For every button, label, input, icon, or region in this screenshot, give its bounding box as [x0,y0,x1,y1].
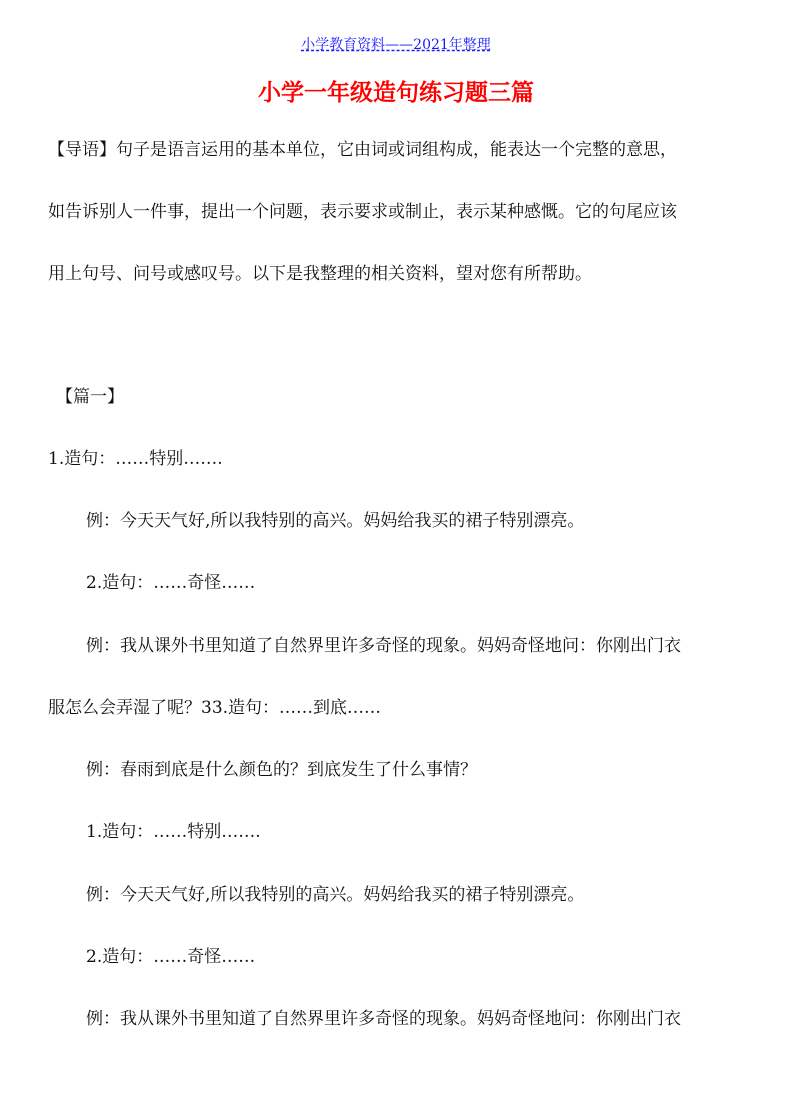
section-line-8: 例：今天天气好,所以我特别的高兴。妈妈给我买的裙子特别漂亮。 [86,884,584,906]
header-link[interactable]: 小学教育资料——2021年整理 [0,34,792,54]
section-line-10: 例：我从课外书里知道了自然界里许多奇怪的现象。妈妈奇怪地问：你刚出门衣 [86,1008,681,1030]
section-line-9: 2.造句：……奇怪…… [86,946,255,968]
section-line-1: 1.造句：……特别……. [48,448,223,470]
intro-line-3: 用上句号、问号或感叹号。以下是我整理的相关资料，望对您有所帮助。 [48,263,592,285]
intro-line-2: 如告诉别人一件事，提出一个问题，表示要求或制止，表示某种感慨。它的句尾应该 [48,201,677,223]
section-line-5: 服怎么会弄湿了呢？33.造句：……到底…… [48,697,381,719]
header-link-text[interactable]: 小学教育资料——2021年整理 [301,37,491,53]
intro-line-1: 【导语】句子是语言运用的基本单位，它由词或词组构成，能表达一个完整的意思， [48,139,677,161]
section-line-3: 2.造句：……奇怪…… [86,572,255,594]
section-line-2: 例：今天天气好,所以我特别的高兴。妈妈给我买的裙子特别漂亮。 [86,510,584,532]
section-line-6: 例：春雨到底是什么颜色的？到底发生了什么事情？ [86,759,477,781]
section-line-4: 例：我从课外书里知道了自然界里许多奇怪的现象。妈妈奇怪地问：你刚出门衣 [86,635,681,657]
section-heading: 【篇一】 [56,386,124,408]
page-title: 小学一年级造句练习题三篇 [0,74,792,107]
section-line-7: 1.造句：……特别……. [86,821,261,843]
